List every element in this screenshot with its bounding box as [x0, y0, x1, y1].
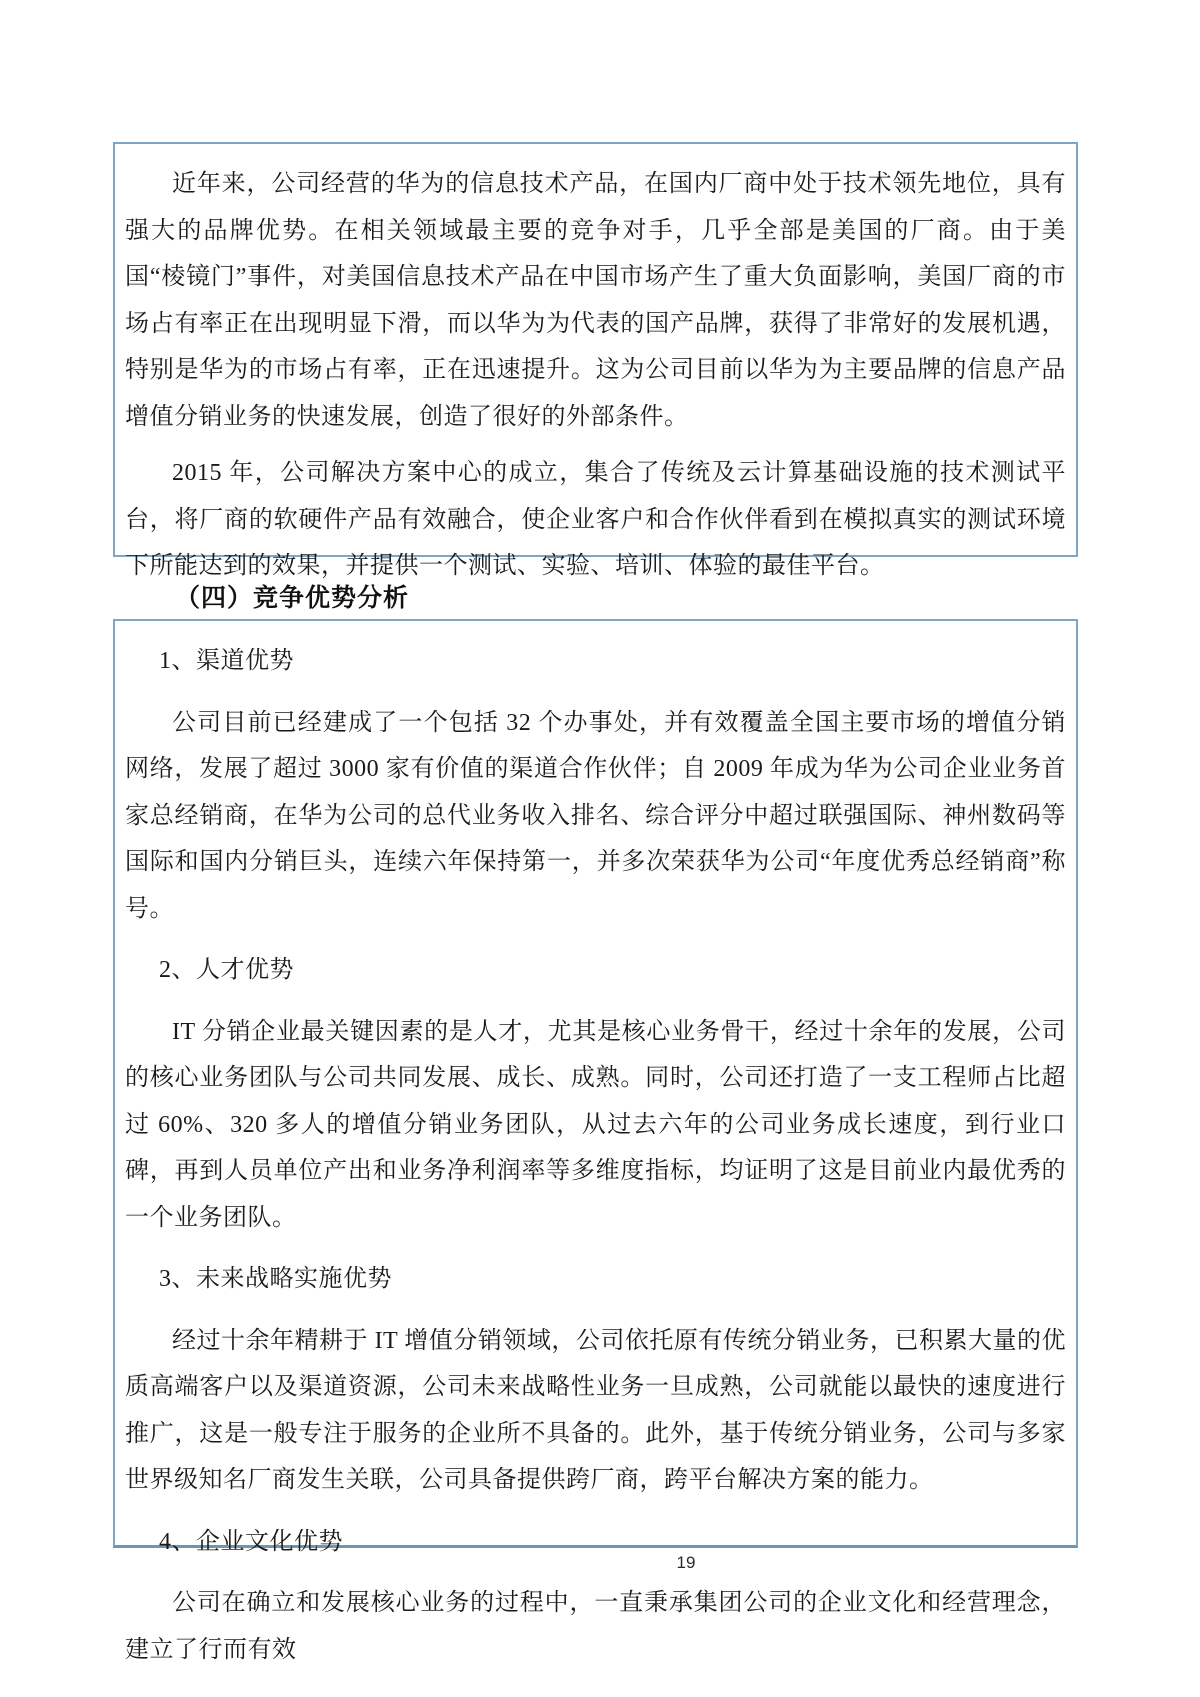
- subsection-title-strategy: 3、未来战略实施优势: [125, 1256, 1066, 1303]
- paragraph-brand-advantage: 近年来，公司经营的华为的信息技术产品，在国内厂商中处于技术领先地位，具有强大的品…: [125, 161, 1066, 440]
- subsection-title-channel: 1、渠道优势: [125, 638, 1066, 685]
- document-page: 近年来，公司经营的华为的信息技术产品，在国内厂商中处于技术领先地位，具有强大的品…: [0, 0, 1200, 1697]
- competitive-advantages-box: 1、渠道优势 公司目前已经建成了一个包括 32 个办事处，并有效覆盖全国主要市场…: [113, 619, 1078, 1548]
- subsection-title-culture: 4、企业文化优势: [125, 1519, 1066, 1566]
- section-heading: （四）竞争优势分析: [113, 584, 409, 614]
- page-number: 19: [677, 1553, 696, 1573]
- brand-advantage-text-box: 近年来，公司经营的华为的信息技术产品，在国内厂商中处于技术领先地位，具有强大的品…: [113, 142, 1078, 557]
- paragraph-culture-advantage: 公司在确立和发展核心业务的过程中，一直秉承集团公司的企业文化和经营理念，建立了行…: [125, 1580, 1066, 1673]
- paragraph-talent-advantage: IT 分销企业最关键因素的是人才，尤其是核心业务骨干，经过十余年的发展，公司的核…: [125, 1009, 1066, 1242]
- subsection-title-talent: 2、人才优势: [125, 947, 1066, 994]
- paragraph-strategy-advantage: 经过十余年精耕于 IT 增值分销领域，公司依托原有传统分销业务，已积累大量的优质…: [125, 1318, 1066, 1504]
- paragraph-channel-advantage: 公司目前已经建成了一个包括 32 个办事处，并有效覆盖全国主要市场的增值分销网络…: [125, 700, 1066, 933]
- paragraph-solution-center: 2015 年，公司解决方案中心的成立，集合了传统及云计算基础设施的技术测试平台，…: [125, 450, 1066, 590]
